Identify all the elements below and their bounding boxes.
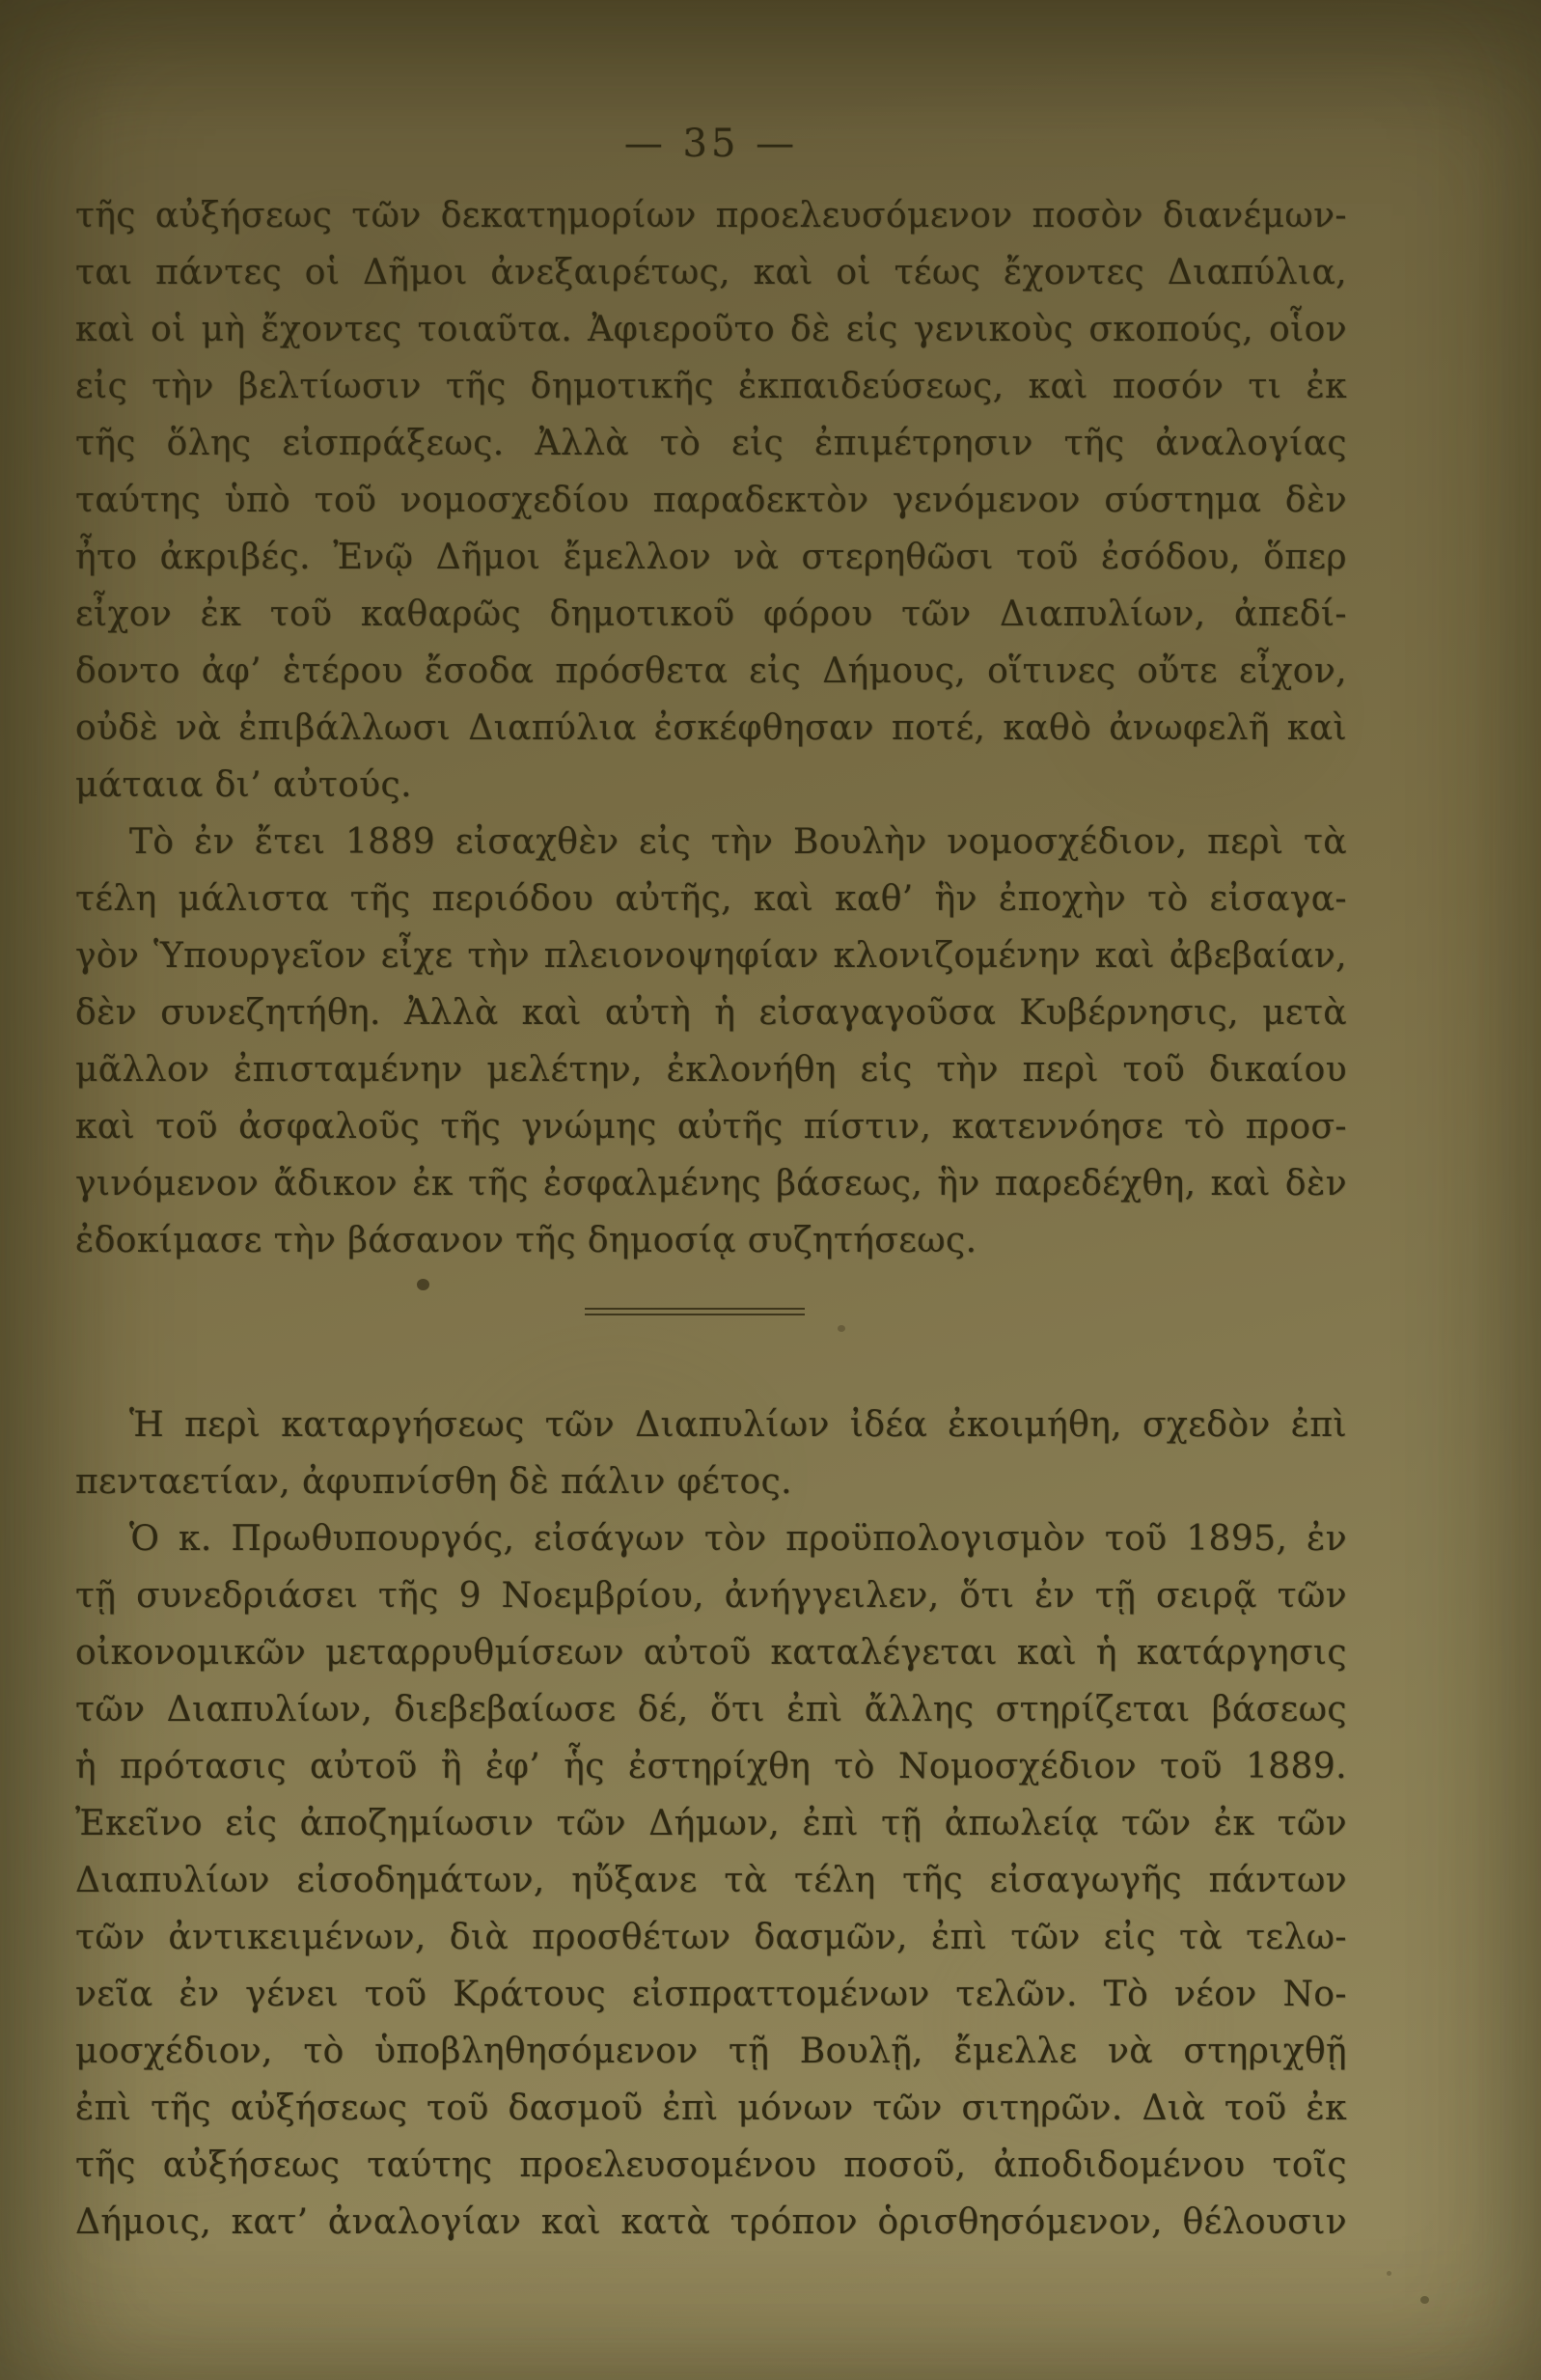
text-line: τῆς αὐξήσεως τῶν δεκατημορίων προελευσόμ… (75, 187, 1347, 244)
text-line: τῇ συνεδριάσει τῆς 9 Νοεμβρίου, ἀνήγγειλ… (75, 1567, 1347, 1624)
text-line: πενταετίαν, ἀφυπνίσθη δὲ πάλιν φέτος. (75, 1453, 1347, 1510)
text-line: δοντο ἀφ’ ἑτέρου ἔσοδα πρόσθετα εἰς Δήμο… (75, 643, 1347, 700)
text-line: ἡ πρότασις αὐτοῦ ἢ ἐφ’ ἧς ἐστηρίχθη τὸ Ν… (75, 1738, 1347, 1795)
text-line: Ἐκεῖνο εἰς ἀποζημίωσιν τῶν Δήμων, ἐπὶ τῇ… (75, 1795, 1347, 1852)
text-line: Διαπυλίων εἰσοδημάτων, ηὔξανε τὰ τέλη τῆ… (75, 1852, 1347, 1909)
text-line: καὶ οἱ μὴ ἔχοντες τοιαῦτα. Ἀφιεροῦτο δὲ … (75, 301, 1347, 358)
text-line: νεῖα ἐν γένει τοῦ Κράτους εἰσπραττομένων… (75, 1966, 1347, 2023)
paragraph: τῆς αὐξήσεως τῶν δεκατημορίων προελευσόμ… (75, 187, 1347, 814)
ink-speck (1387, 2271, 1391, 2276)
text-line: τῆς αὐξήσεως ταύτης προελευσομένου ποσοῦ… (75, 2137, 1347, 2194)
text-line: ἦτο ἀκριβές. Ἐνῷ Δῆμοι ἔμελλον νὰ στερηθ… (75, 529, 1347, 586)
text-line: Ὁ κ. Πρωθυπουργός, εἰσάγων τὸν προϋπολογ… (75, 1510, 1347, 1567)
text-line: τέλη μάλιστα τῆς περιόδου αὐτῆς, καὶ καθ… (75, 871, 1347, 927)
text-line: οὐδὲ νὰ ἐπιβάλλωσι Διαπύλια ἐσκέφθησαν π… (75, 700, 1347, 757)
text-line: μάταια δι’ αὐτούς. (75, 757, 1347, 814)
text-line: Δήμοις, κατ’ ἀναλογίαν καὶ κατὰ τρόπον ὁ… (75, 2194, 1347, 2251)
text-line: εἶχον ἐκ τοῦ καθαρῶς δημοτικοῦ φόρου τῶν… (75, 586, 1347, 643)
paragraph: Τὸ ἐν ἔτει 1889 εἰσαχθὲν εἰς τὴν Βουλὴν … (75, 814, 1347, 1269)
paragraph: Ἡ περὶ καταργήσεως τῶν Διαπυλίων ἰδέα ἐκ… (75, 1397, 1347, 1510)
text-line: ἐδοκίμασε τὴν βάσανον τῆς δημοσίᾳ συζητή… (75, 1212, 1347, 1269)
body-text: τῆς αὐξήσεως τῶν δεκατημορίων προελευσόμ… (75, 187, 1347, 2251)
text-line: ἐπὶ τῆς αὐξήσεως τοῦ δασμοῦ ἐπὶ μόνων τῶ… (75, 2080, 1347, 2137)
text-line: καὶ τοῦ ἀσφαλοῦς τῆς γνώμης αὐτῆς πίστιν… (75, 1098, 1347, 1155)
text-line: γὸν Ὑπουργεῖον εἶχε τὴν πλειονοψηφίαν κλ… (75, 927, 1347, 984)
text-line: τῶν ἀντικειμένων, διὰ προσθέτων δασμῶν, … (75, 1909, 1347, 1966)
text-line: Τὸ ἐν ἔτει 1889 εἰσαχθὲν εἰς τὴν Βουλὴν … (75, 814, 1347, 871)
text-line: μᾶλλον ἐπισταμένην μελέτην, ἐκλονήθη εἰς… (75, 1041, 1347, 1098)
section-separator-double-rule (585, 1308, 805, 1315)
text-line: Ἡ περὶ καταργήσεως τῶν Διαπυλίων ἰδέα ἐκ… (75, 1397, 1347, 1453)
paragraph: Ὁ κ. Πρωθυπουργός, εἰσάγων τὸν προϋπολογ… (75, 1510, 1347, 2251)
text-line: εἰς τὴν βελτίωσιν τῆς δημοτικῆς ἐκπαιδεύ… (75, 358, 1347, 415)
page-number: — 35 — (75, 122, 1347, 166)
text-line: γινόμενον ἄδικον ἐκ τῆς ἐσφαλμένης βάσεω… (75, 1155, 1347, 1212)
text-line: τῶν Διαπυλίων, διεβεβαίωσε δέ, ὅτι ἐπὶ ἄ… (75, 1681, 1347, 1738)
text-line: μοσχέδιον, τὸ ὑποβληθησόμενον τῇ Βουλῇ, … (75, 2023, 1347, 2080)
text-line: οἰκονομικῶν μεταρρυθμίσεων αὐτοῦ καταλέγ… (75, 1624, 1347, 1681)
text-line: ταύτης ὑπὸ τοῦ νομοσχεδίου παραδεκτὸν γε… (75, 472, 1347, 529)
ink-speck (1420, 2296, 1429, 2304)
text-line: δὲν συνεζητήθη. Ἀλλὰ καὶ αὐτὴ ἡ εἰσαγαγο… (75, 984, 1347, 1041)
text-line: ται πάντες οἱ Δῆμοι ἀνεξαιρέτως, καὶ οἱ … (75, 244, 1347, 301)
text-line: τῆς ὅλης εἰσπράξεως. Ἀλλὰ τὸ εἰς ἐπιμέτρ… (75, 415, 1347, 472)
